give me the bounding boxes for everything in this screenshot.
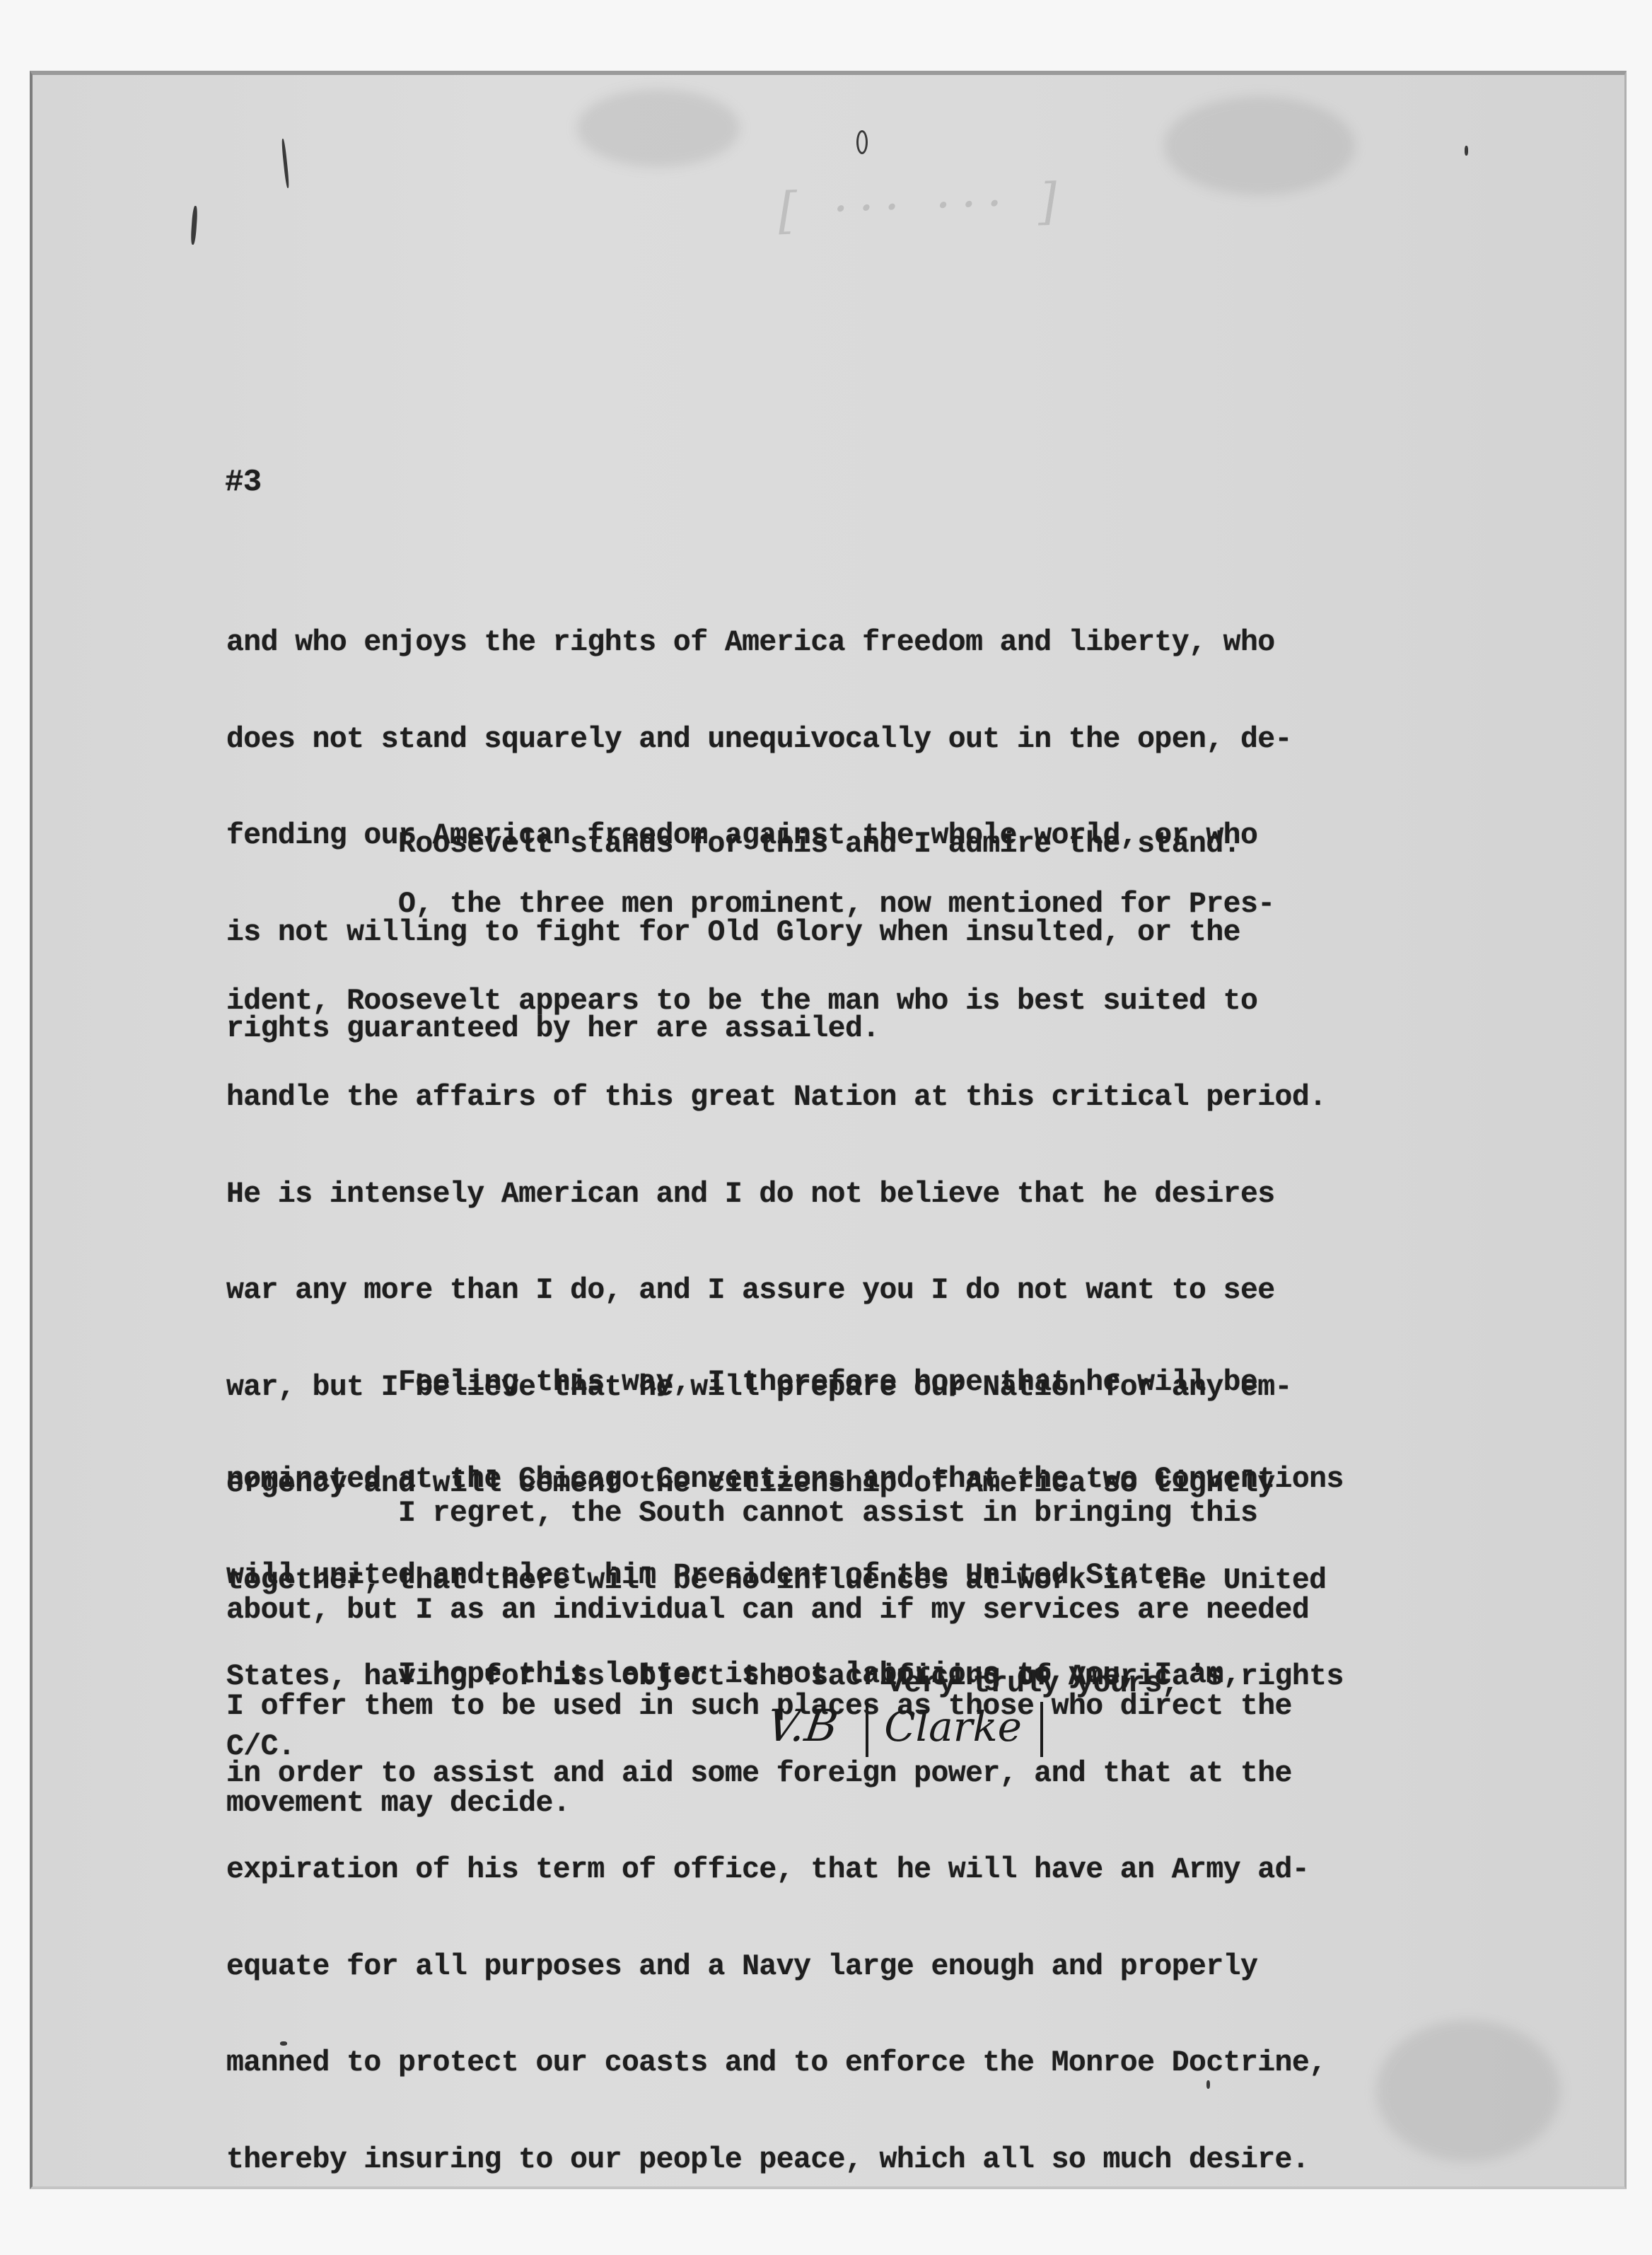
- text-line: and who enjoys the rights of America fre…: [226, 627, 1292, 659]
- paper-speck: [190, 206, 198, 245]
- text-line: He is intensely American and I do not be…: [226, 1178, 1344, 1211]
- paper-stain: [577, 89, 740, 167]
- handwritten-signature: V.BClarke: [767, 1701, 1043, 1757]
- paper-speck: [281, 139, 289, 188]
- closing-salutation: Very truly yours,: [887, 1668, 1179, 1700]
- faint-pencil-annotation: [ ··· ··· ]: [777, 172, 1069, 240]
- signature-surname: Clarke: [866, 1702, 1043, 1757]
- text-line: expiration of his term of office, that h…: [226, 1854, 1344, 1886]
- text-line: does not stand squarely and unequivocall…: [226, 724, 1292, 756]
- paper-stain: [1376, 2020, 1560, 2162]
- text-line: equate for all purposes and a Navy large…: [226, 1951, 1344, 1983]
- text-line: O, the three men prominent, now mentione…: [226, 888, 1344, 921]
- text-line: Feeling this way, I therefore hope that …: [226, 1367, 1344, 1399]
- text-line: handle the affairs of this great Nation …: [226, 1082, 1344, 1114]
- paper-speck: [1465, 146, 1468, 156]
- signature-initials: V.B: [764, 1701, 841, 1751]
- paper-speck: [856, 130, 868, 154]
- paper-stain: [1164, 96, 1355, 195]
- text-line: manned to protect our coasts and to enfo…: [226, 2047, 1344, 2080]
- text-line: ident, Roosevelt appears to be the man w…: [226, 985, 1344, 1018]
- text-line: movement may decide.: [226, 1787, 1309, 1820]
- page-number: #3: [225, 467, 262, 499]
- copy-notation: C/C.: [226, 1731, 295, 1763]
- text-line: I regret, the South cannot assist in bri…: [226, 1497, 1309, 1530]
- paragraph-6: I hope this letter is not laborious to y…: [226, 1594, 1240, 1723]
- text-line: thereby insuring to our people peace, wh…: [226, 2144, 1344, 2176]
